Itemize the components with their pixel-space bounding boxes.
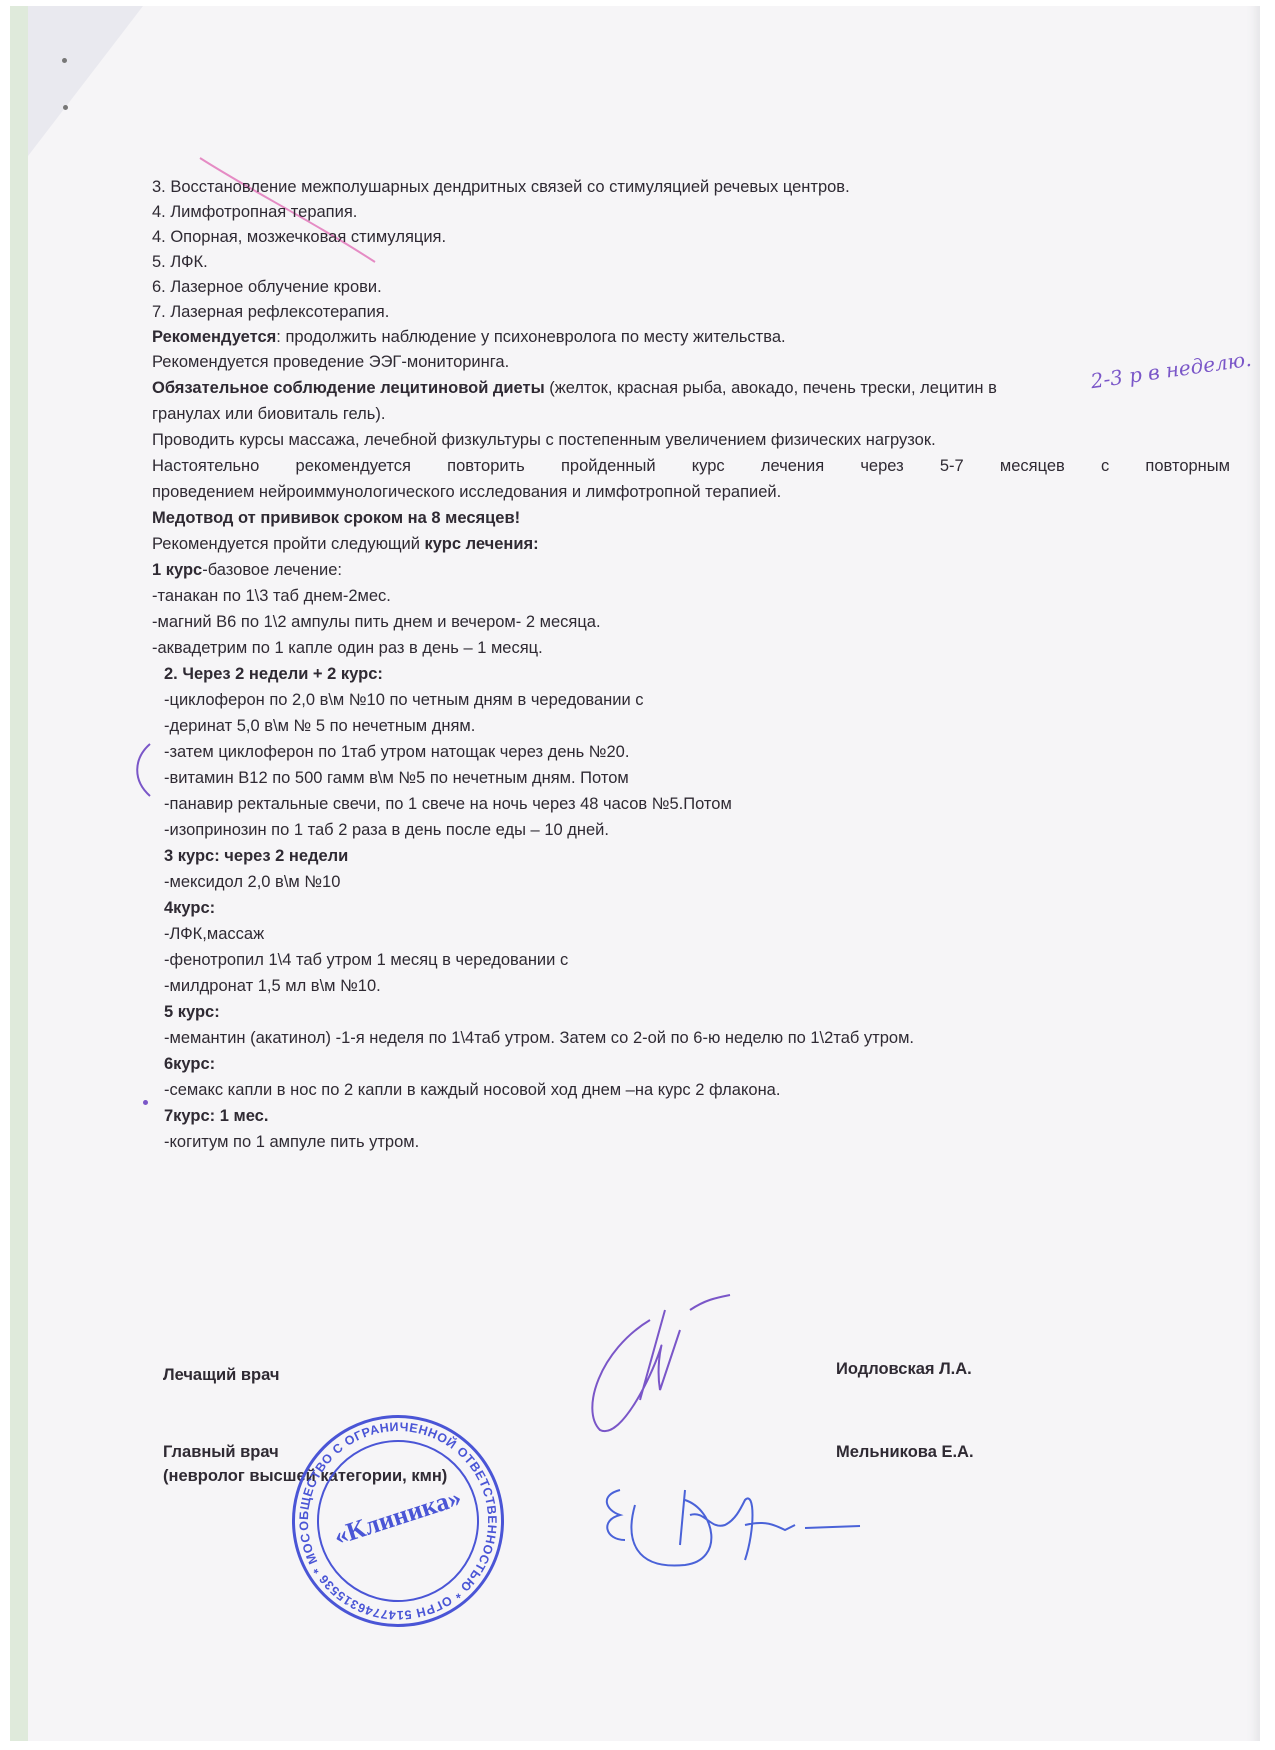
recommendation-eeg: Рекомендуется проведение ЭЭГ-мониторинга…: [152, 353, 509, 372]
course-7-title: 7курс: 1 мес.: [164, 1107, 268, 1126]
course-6-item: -семакс капли в нос по 2 капли в каждый …: [164, 1081, 780, 1100]
course-5-title: 5 курс:: [164, 1003, 220, 1022]
course-4-title: 4курс:: [164, 899, 215, 918]
chief-physician-name: Мельникова Е.А.: [836, 1443, 974, 1462]
course-5-item: -мемантин (акатинол) -1-я неделя по 1\4т…: [164, 1029, 914, 1048]
course-3-title: 3 курс: через 2 недели: [164, 847, 348, 866]
treatment-item: 4. Опорная, мозжечковая стимуляция.: [152, 228, 446, 247]
diet-recommendation-cont: гранулах или биовиталь гель).: [152, 405, 385, 424]
punch-dot: [62, 58, 67, 63]
course-2-item: -деринат 5,0 в\м № 5 по нечетным дням.: [164, 717, 475, 736]
attending-physician-name: Иодловская Л.А.: [836, 1360, 972, 1379]
course-1-item: -танакан по 1\3 таб днем-2мес.: [152, 587, 391, 606]
course-2-title: 2. Через 2 недели + 2 курс:: [164, 665, 383, 684]
course-4-item: -ЛФК,массаж: [164, 925, 264, 944]
course-6-title: 6курс:: [164, 1055, 215, 1074]
course-1-title: 1 курс-базовое лечение:: [152, 561, 342, 580]
course-7-item: -когитум по 1 ампуле пить утром.: [164, 1133, 419, 1152]
recommendation-observation: Рекомендуется: продолжить наблюдение у п…: [152, 328, 786, 347]
course-1-item: -магний В6 по 1\2 ампулы пить днем и веч…: [152, 613, 601, 632]
course-2-item: -циклоферон по 2,0 в\м №10 по четным дня…: [164, 691, 644, 710]
course-1-item: -аквадетрим по 1 капле один раз в день –…: [152, 639, 543, 658]
course-2-item: -затем циклоферон по 1таб утром натощак …: [164, 743, 629, 762]
treatment-item: 3. Восстановление межполушарных дендритн…: [152, 178, 850, 197]
repeat-course-line2: проведением нейроиммунологического иссле…: [152, 483, 781, 502]
vaccination-exemption: Медотвод от прививок сроком на 8 месяцев…: [152, 509, 520, 528]
course-4-item: -милдронат 1,5 мл в\м №10.: [164, 977, 381, 996]
organization-stamp: ОБЩЕСТВО С ОГРАНИЧЕННОЙ ОТВЕТСТВЕННОСТЬЮ…: [282, 1405, 515, 1638]
treatment-item: 5. ЛФК.: [152, 253, 208, 272]
handwritten-dot-mark: [143, 1100, 148, 1105]
course-2-item: -изопринозин по 1 таб 2 раза в день посл…: [164, 821, 609, 840]
chief-physician-label: Главный врач: [163, 1443, 279, 1462]
course-2-item: -витамин В12 по 500 гамм в\м №5 по нечет…: [164, 769, 629, 788]
handwritten-bracket-mark: [128, 740, 158, 800]
course-2-item: -панавир ректальные свечи, по 1 свече на…: [164, 795, 732, 814]
course-intro: Рекомендуется пройти следующий курс лече…: [152, 535, 539, 554]
attending-signature: [580, 1290, 740, 1440]
repeat-course-line1: Настоятельно рекомендуется повторить про…: [152, 457, 1230, 476]
treatment-item: 4. Лимфотропная терапия.: [152, 203, 357, 222]
punch-dot: [63, 105, 68, 110]
course-4-item: -фенотропил 1\4 таб утром 1 месяц в чере…: [164, 951, 568, 970]
massage-recommendation: Проводить курсы массажа, лечебной физкул…: [152, 431, 936, 450]
diet-recommendation: Обязательное соблюдение лецитиновой диет…: [152, 379, 997, 398]
attending-physician-label: Лечащий врач: [163, 1366, 279, 1385]
course-3-item: -мексидол 2,0 в\м №10: [164, 873, 340, 892]
chief-signature: [595, 1470, 875, 1580]
treatment-item: 7. Лазерная рефлексотерапия.: [152, 303, 389, 322]
treatment-item: 6. Лазерное облучение крови.: [152, 278, 382, 297]
